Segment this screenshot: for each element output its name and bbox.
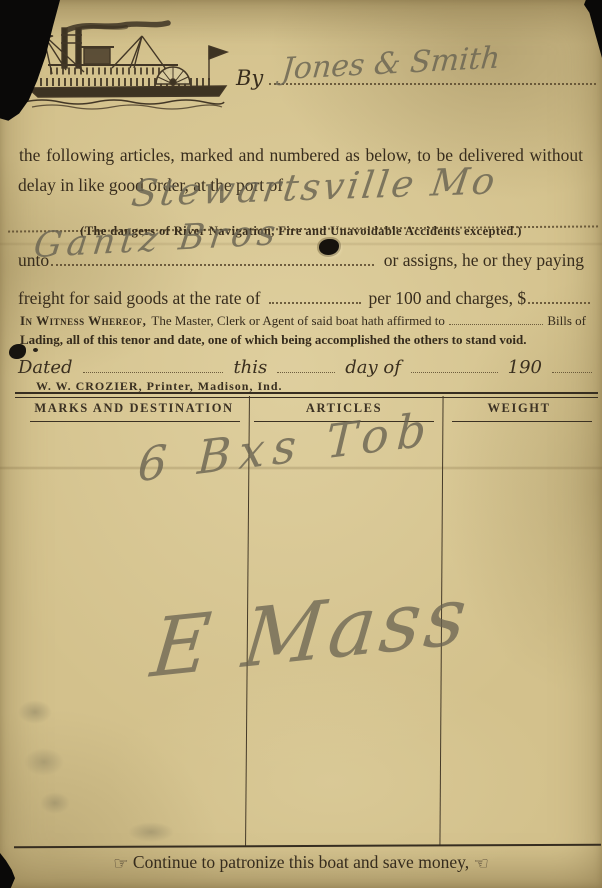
dated-line: Dated this day of 190 xyxy=(18,355,592,378)
year-prefix: 190 xyxy=(508,357,542,378)
witness-line2: Lading, all of this tenor and date, one … xyxy=(20,332,586,348)
footer-slogan-line: ☞ Continue to patronize this boat and sa… xyxy=(0,852,602,873)
pencil-smudge xyxy=(128,822,174,842)
ink-dot xyxy=(33,348,38,352)
bills-of-text: Bills of xyxy=(547,313,586,329)
witness-intro: In Witness Whereof, xyxy=(20,313,146,329)
column-underline xyxy=(30,421,240,422)
pencil-smudge xyxy=(40,792,70,814)
this-label: this xyxy=(233,357,267,378)
day-of-label: day of xyxy=(345,357,401,378)
witness-line1: The Master, Clerk or Agent of said boat … xyxy=(151,313,444,329)
dated-label: Dated xyxy=(18,357,73,378)
assigns-text: or assigns, he or they paying xyxy=(384,250,584,271)
dated-blank-3 xyxy=(411,355,498,373)
steamboat-illustration xyxy=(22,18,234,110)
dated-blank-1 xyxy=(83,355,224,373)
by-label: By xyxy=(236,66,263,90)
pointing-hand-left-icon: ☜ xyxy=(473,854,488,874)
witness-blank-line xyxy=(449,312,544,325)
pencil-smudge xyxy=(18,700,52,724)
bill-of-lading-document: Shipped IN GOOD ORDER AND CONDITION, By … xyxy=(0,0,602,888)
column-underline xyxy=(452,421,592,422)
dated-blank-4 xyxy=(552,355,592,373)
freight-text: freight for said goods at the rate of xyxy=(18,288,261,309)
dated-blank-2 xyxy=(277,355,335,373)
footer-slogan: Continue to patronize this boat and save… xyxy=(133,852,469,872)
column-header-weight: WEIGHT xyxy=(448,401,590,416)
per-100-text: per 100 and charges, $ xyxy=(369,288,527,309)
pencil-smudge xyxy=(24,748,64,776)
rate-blank-line xyxy=(269,286,361,304)
column-header-marks: MARKS AND DESTINATION xyxy=(26,401,242,416)
pointing-hand-right-icon: ☞ xyxy=(113,854,128,874)
table-top-rule xyxy=(15,392,598,398)
freight-line: freight for said goods at the rate of pe… xyxy=(18,286,590,309)
witness-clause: In Witness Whereof, The Master, Clerk or… xyxy=(20,312,586,348)
charges-blank-line xyxy=(528,286,590,304)
